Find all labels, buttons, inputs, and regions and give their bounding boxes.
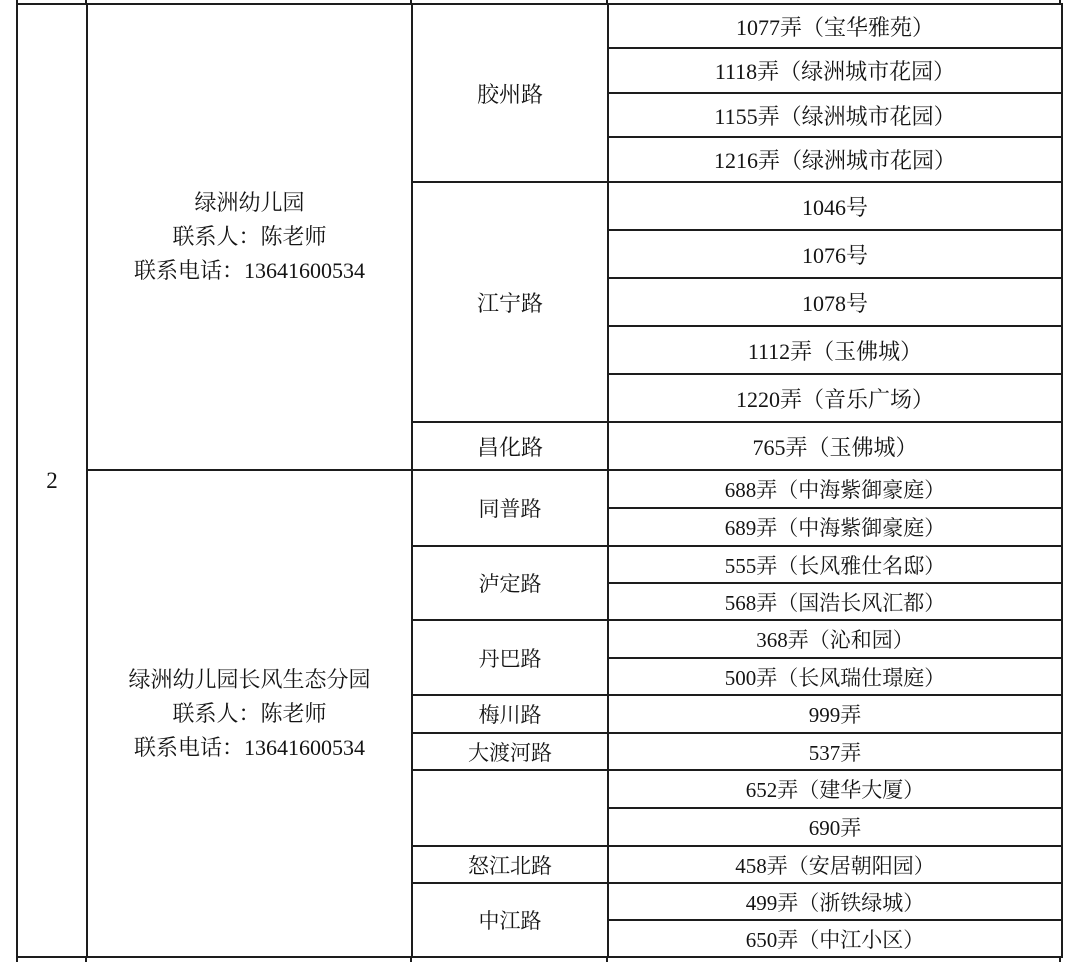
school-name: 绿洲幼儿园长风生态分园	[88, 663, 411, 697]
school-cell: 绿洲幼儿园 联系人：陈老师 联系电话：13641600534	[87, 4, 412, 470]
border-segment	[85, 957, 87, 962]
address-cell: 999弄	[608, 695, 1062, 733]
address-cell: 458弄（安居朝阳园）	[608, 846, 1062, 883]
seq-cell: 2	[17, 4, 87, 957]
road-cell: 泸定路	[412, 546, 608, 620]
address-cell: 537弄	[608, 733, 1062, 770]
address-cell: 1078号	[608, 278, 1062, 326]
border-segment	[410, 957, 412, 962]
school-cell: 绿洲幼儿园长风生态分园 联系人：陈老师 联系电话：13641600534	[87, 470, 412, 957]
address-cell: 568弄（国浩长风汇都）	[608, 583, 1062, 620]
address-cell: 1077弄（宝华雅苑）	[608, 4, 1062, 48]
border-segment	[606, 957, 608, 962]
school-contact: 联系人：陈老师	[88, 220, 411, 254]
address-cell: 689弄（中海紫御豪庭）	[608, 508, 1062, 546]
road-cell: 昌化路	[412, 422, 608, 470]
address-cell: 499弄（浙铁绿城）	[608, 883, 1062, 920]
road-cell: 怒江北路	[412, 846, 608, 883]
school-contact: 联系人：陈老师	[88, 697, 411, 731]
address-cell: 688弄（中海紫御豪庭）	[608, 470, 1062, 508]
border-segment	[1059, 957, 1061, 962]
address-cell: 690弄	[608, 808, 1062, 846]
table-row: 绿洲幼儿园长风生态分园 联系人：陈老师 联系电话：13641600534 同普路…	[17, 470, 1062, 508]
address-cell: 555弄（长风雅仕名邸）	[608, 546, 1062, 583]
address-cell: 368弄（沁和园）	[608, 620, 1062, 658]
school-name: 绿洲幼儿园	[88, 186, 411, 220]
address-cell: 652弄（建华大厦）	[608, 770, 1062, 808]
address-cell: 1220弄（音乐广场）	[608, 374, 1062, 422]
road-cell: 梅川路	[412, 695, 608, 733]
school-phone: 联系电话：13641600534	[88, 731, 411, 765]
school-phone: 联系电话：13641600534	[88, 254, 411, 288]
road-cell: 中江路	[412, 883, 608, 957]
enrollment-table: 2 绿洲幼儿园 联系人：陈老师 联系电话：13641600534 胶州路 107…	[16, 3, 1063, 958]
address-cell: 1118弄（绿洲城市花园）	[608, 48, 1062, 93]
address-cell: 1046号	[608, 182, 1062, 230]
address-cell: 1076号	[608, 230, 1062, 278]
address-cell: 765弄（玉佛城）	[608, 422, 1062, 470]
address-cell: 1155弄（绿洲城市花园）	[608, 93, 1062, 137]
road-cell: 同普路	[412, 470, 608, 546]
address-cell: 650弄（中江小区）	[608, 920, 1062, 957]
document-page: 2 绿洲幼儿园 联系人：陈老师 联系电话：13641600534 胶州路 107…	[0, 0, 1080, 962]
road-cell: 胶州路	[412, 4, 608, 182]
road-cell: 江宁路	[412, 182, 608, 422]
road-cell-empty	[412, 770, 608, 846]
address-cell: 1112弄（玉佛城）	[608, 326, 1062, 374]
table-row: 2 绿洲幼儿园 联系人：陈老师 联系电话：13641600534 胶州路 107…	[17, 4, 1062, 48]
border-segment	[16, 957, 18, 962]
road-cell: 丹巴路	[412, 620, 608, 695]
address-cell: 500弄（长风瑞仕璟庭）	[608, 658, 1062, 695]
address-cell: 1216弄（绿洲城市花园）	[608, 137, 1062, 182]
road-cell: 大渡河路	[412, 733, 608, 770]
